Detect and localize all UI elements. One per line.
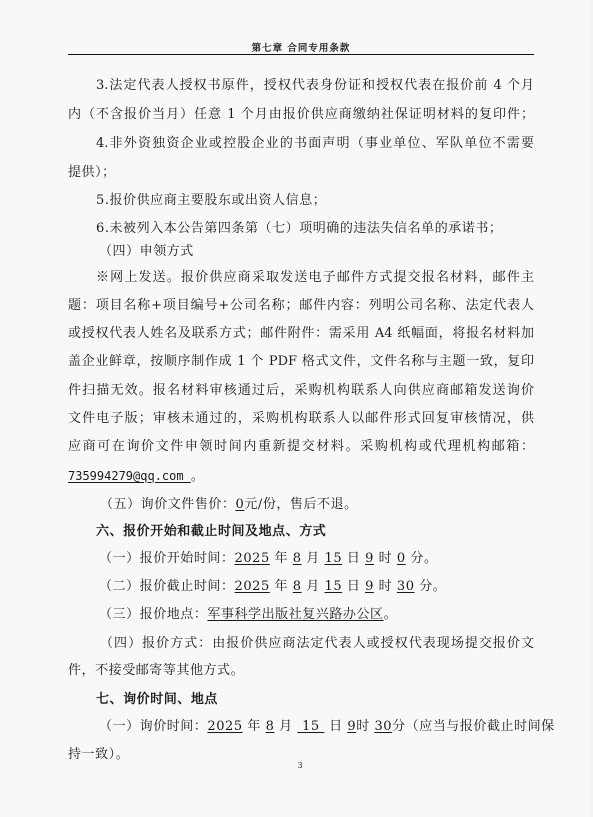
para-line-4: 盖企业鲜章，按顺序制作成 1 个 PDF 格式文件，文件名称与主题一致，复印 [68, 353, 534, 371]
page-number: 3 [0, 761, 593, 770]
section5-price: （五）询价文件售价：0元/份，售后不退。 [100, 496, 358, 514]
unit: 时 [356, 719, 370, 734]
para-line-3: 或授权代表人姓名及联系方式；邮件附件：需采用 A4 纸幅面，将报名材料加 [68, 325, 534, 343]
unit: 月 [306, 579, 320, 594]
end-day: 15 [325, 579, 343, 594]
price-label: （五）询价文件售价： [100, 497, 236, 512]
heading-7: 七、询价时间、地点 [96, 691, 218, 709]
unit: 时 [379, 579, 393, 594]
location: （三）报价地点：军事科学出版社复兴路办公区。 [99, 606, 397, 624]
end-year: 2025 [235, 579, 270, 594]
unit: 日 [347, 551, 361, 566]
end-month: 8 [293, 579, 302, 594]
section4-heading: （四）申领方式 [99, 243, 194, 261]
end-minute: 30 [397, 579, 415, 594]
unit: 月 [279, 719, 293, 734]
item3-line1: 3.法定代表人授权书原件，授权代表身份证和授权代表在报价前 4 个月 [96, 77, 534, 95]
inquiry-time-label: （一）询价时间： [99, 719, 207, 734]
start-hour: 9 [365, 551, 374, 566]
inquiry-hour: 9 [347, 719, 356, 734]
unit: 分。 [419, 579, 446, 594]
email-suffix: 。 [191, 469, 205, 484]
para-line-7: 应商可在询价文件申领时间内重新提交材料。采购机构或代理机构邮箱： [68, 438, 534, 456]
unit: 月 [306, 551, 320, 566]
method-line2: 件，不接受邮寄等其他方式。 [68, 662, 244, 680]
page-edge [589, 0, 593, 817]
para-line-6: 文件电子版；审核未通过的，采购机构联系人以邮件形式回复审核情况，供 [68, 410, 534, 428]
end-hour: 9 [365, 579, 374, 594]
para-line-1: ※网上发送。报价供应商采取发送电子邮件方式提交报名材料，邮件主 [96, 269, 534, 287]
price-suffix: 元/份，售后不退。 [244, 497, 357, 512]
unit: 年 [275, 579, 289, 594]
start-time: （一）报价开始时间：2025 年 8 月 15 日 9 时 0 分。 [99, 550, 438, 568]
para-line-5: 件扫描无效。报名材料审核通过后，采购机构联系人向供应商邮箱发送询价 [68, 382, 534, 400]
inquiry-time: （一）询价时间：2025 年 8 月 15 日 9时 30分（应当与报价截止时间… [99, 718, 555, 736]
email-line: 735994279@qq.com 。 [68, 467, 204, 486]
para-line-2: 题：项目名称+项目编号+公司名称；邮件内容：列明公司名称、法定代表人 [68, 297, 534, 315]
item4-line2: 提供）； [68, 164, 116, 182]
location-suffix: 。 [384, 607, 398, 622]
unit: 日 [329, 719, 343, 734]
heading-6: 六、报价开始和截止时间及地点、方式 [96, 523, 326, 541]
unit: 分。 [410, 551, 437, 566]
item5: 5.报价供应商主要股东或出资人信息； [96, 192, 326, 210]
end-time: （二）报价截止时间：2025 年 8 月 15 日 9 时 30 分。 [99, 578, 446, 596]
start-time-label: （一）报价开始时间： [99, 551, 235, 566]
item3-line2: 内（不含报价当月）任意 1 个月由报价供应商缴纳社保证明材料的复印件； [68, 106, 534, 124]
location-label: （三）报价地点： [99, 607, 207, 622]
location-value: 军事科学出版社复兴路办公区 [207, 607, 383, 622]
start-minute: 0 [397, 551, 406, 566]
unit: 年 [247, 719, 261, 734]
inquiry-month: 8 [266, 719, 275, 734]
start-day: 15 [325, 551, 343, 566]
start-year: 2025 [235, 551, 270, 566]
unit: 时 [379, 551, 393, 566]
item6: 6.未被列入本公告第四条第（七）项明确的违法失信名单的承诺书； [96, 220, 502, 238]
end-time-label: （二）报价截止时间： [99, 579, 235, 594]
inquiry-year: 2025 [207, 719, 242, 734]
email-link[interactable]: 735994279@qq.com [68, 469, 191, 483]
unit: 年 [275, 551, 289, 566]
inquiry-minute: 30 [374, 719, 392, 734]
unit: 分（应当与报价截止时间保 [392, 719, 555, 734]
header-rule [68, 54, 534, 55]
inquiry-day: 15 [297, 719, 324, 734]
start-month: 8 [293, 551, 302, 566]
item4-line1: 4.非外资独资企业或控股企业的书面声明（事业单位、军队单位不需要 [96, 135, 534, 153]
chapter-header: 第七章 合同专用条款 [0, 40, 593, 54]
unit: 日 [347, 579, 361, 594]
method-line1: （四）报价方式：由报价供应商法定代表人或授权代表现场提交报价文 [100, 635, 534, 653]
